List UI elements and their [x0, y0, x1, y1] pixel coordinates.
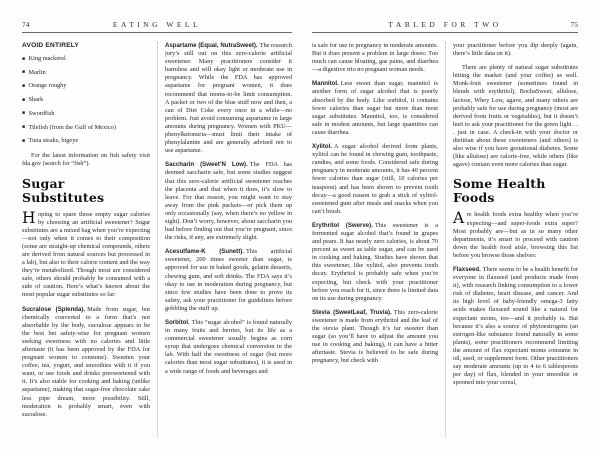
list-item: ■Shark — [22, 96, 150, 105]
column-3: is safe for use in pregnancy in moderate… — [312, 42, 445, 436]
entry-lead: Saccharin (Sweet’N Low). — [165, 161, 248, 168]
entry-text: This artificial sweetener, 200 times swe… — [165, 248, 292, 312]
columns-right-page: is safe for use in pregnancy in moderate… — [312, 42, 578, 436]
entry-lead: Flaxseed. — [453, 266, 481, 273]
column-2: Aspartame (Equal, NutraSweet).The resear… — [157, 42, 292, 436]
entry-aspartame: Aspartame (Equal, NutraSweet).The resear… — [165, 42, 292, 155]
section-heading-sugar-substitutes: Sugar Substitutes — [22, 177, 150, 205]
natural-sweeteners-paragraph: There are plenty of natural sugar substi… — [453, 64, 578, 169]
page-right: TABLED FOR TWO 75 is safe for use in pre… — [300, 0, 600, 450]
entry-lead: Aspartame (Equal, NutraSweet). — [165, 42, 258, 49]
running-title: TABLED FOR TWO — [388, 20, 501, 29]
list-item-label: Tilefish (from the Gulf of Mexico) — [29, 124, 116, 132]
continuation-paragraph: is safe for use in pregnancy in moderate… — [312, 42, 438, 74]
entry-lead: Mannitol. — [312, 80, 339, 87]
intro-text: oping to spare those empty sugar calorie… — [22, 211, 150, 299]
fish-safety-note: For the latest information on fish safet… — [22, 152, 150, 168]
list-item: ■Orange roughy — [22, 82, 150, 91]
entry-text: A sugar alcohol derived from plants, xyl… — [312, 143, 438, 215]
square-bullet-icon: ■ — [22, 56, 25, 64]
page-left: 74 EATING WELL AVOID ENTIRELY ■King mack… — [0, 0, 300, 450]
entry-text: Less sweet than sugar, mannitol is anoth… — [312, 80, 438, 136]
entry-text: The FDA has deemed saccharin safe, but s… — [165, 161, 292, 241]
list-item-label: Marlin — [29, 69, 46, 77]
entry-text: There seems to be a health benefit for e… — [453, 266, 578, 386]
intro-text: re health foods extra healthy when you’r… — [453, 211, 578, 258]
entry-sucralose: Sucralose (Splenda).Made from sugar, but… — [22, 306, 150, 419]
entry-text: This zero-calorie sweetener is made from… — [312, 309, 438, 365]
entry-lead: Acesulfame-K (Sunett). — [165, 248, 244, 255]
entry-text: Made from sugar, but chemically converte… — [22, 306, 150, 418]
square-bullet-icon: ■ — [22, 83, 25, 91]
entry-xylitol: Xylitol.A sugar alcohol derived from pla… — [312, 143, 438, 216]
entry-text: This sweetener is a fermented sugar alco… — [312, 222, 438, 302]
dropcap: H — [22, 211, 38, 225]
page-header-left: 74 EATING WELL — [22, 20, 292, 33]
entry-text: The research jury’s still out on this ze… — [165, 42, 292, 154]
entry-mannitol: Mannitol.Less sweet than sugar, mannitol… — [312, 80, 438, 137]
avoid-entirely-heading: AVOID ENTIRELY — [22, 42, 150, 50]
list-item: ■Tuna steaks, bigeye — [22, 137, 150, 146]
entry-lead: Sorbitol. — [165, 319, 190, 326]
intro-paragraph: Hoping to spare those empty sugar calori… — [22, 211, 150, 300]
list-item-label: Tuna steaks, bigeye — [29, 137, 79, 145]
column-1: AVOID ENTIRELY ■King mackerel ■Marlin ■O… — [22, 42, 157, 436]
entry-acesulfame: Acesulfame-K (Sunett).This artificial sw… — [165, 248, 292, 313]
list-item-label: Orange roughy — [29, 82, 67, 90]
entry-lead: Sucralose (Splenda). — [22, 306, 85, 313]
square-bullet-icon: ■ — [22, 69, 25, 77]
book-spread: 74 EATING WELL AVOID ENTIRELY ■King mack… — [0, 0, 600, 450]
square-bullet-icon: ■ — [22, 124, 25, 132]
square-bullet-icon: ■ — [22, 110, 25, 118]
page-number: 74 — [22, 20, 113, 29]
continuation-paragraph: your practitioner before you dip deeply … — [453, 42, 578, 58]
list-item: ■Marlin — [22, 69, 150, 78]
entry-lead: Xylitol. — [312, 143, 332, 150]
entry-stevia: Stevia (SweetLeaf, Truvia).This zero-cal… — [312, 309, 438, 366]
entry-lead: Erythritol (Swerve). — [312, 222, 373, 229]
list-item-label: King mackerel — [29, 55, 66, 63]
page-number: 75 — [502, 20, 578, 29]
square-bullet-icon: ■ — [22, 138, 25, 146]
avoid-list: ■King mackerel ■Marlin ■Orange roughy ■S… — [22, 55, 150, 146]
columns-left-page: AVOID ENTIRELY ■King mackerel ■Marlin ■O… — [22, 42, 292, 436]
list-item: ■Swordfish — [22, 110, 150, 119]
dropcap: A — [453, 211, 467, 225]
entry-lead: Stevia (SweetLeaf, Truvia). — [312, 309, 392, 316]
entry-saccharin: Saccharin (Sweet’N Low).The FDA has deem… — [165, 161, 292, 242]
section-heading-some-health-foods: Some Health Foods — [453, 177, 578, 205]
entry-sorbitol: Sorbitol.This “sugar alcohol” is found n… — [165, 319, 292, 376]
entry-text: This “sugar alcohol” is found naturally … — [165, 319, 292, 375]
square-bullet-icon: ■ — [22, 97, 25, 105]
entry-erythritol: Erythritol (Swerve).This sweetener is a … — [312, 222, 438, 303]
intro-paragraph: Are health foods extra healthy when you’… — [453, 211, 578, 260]
entry-flaxseed: Flaxseed.There seems to be a health bene… — [453, 266, 578, 387]
page-header-right: TABLED FOR TWO 75 — [312, 20, 578, 33]
list-item: ■King mackerel — [22, 55, 150, 64]
list-item: ■Tilefish (from the Gulf of Mexico) — [22, 124, 150, 133]
list-item-label: Swordfish — [29, 110, 55, 118]
list-item-label: Shark — [29, 96, 44, 104]
column-4: your practitioner before you dip deeply … — [445, 42, 578, 436]
running-title: EATING WELL — [113, 20, 201, 29]
